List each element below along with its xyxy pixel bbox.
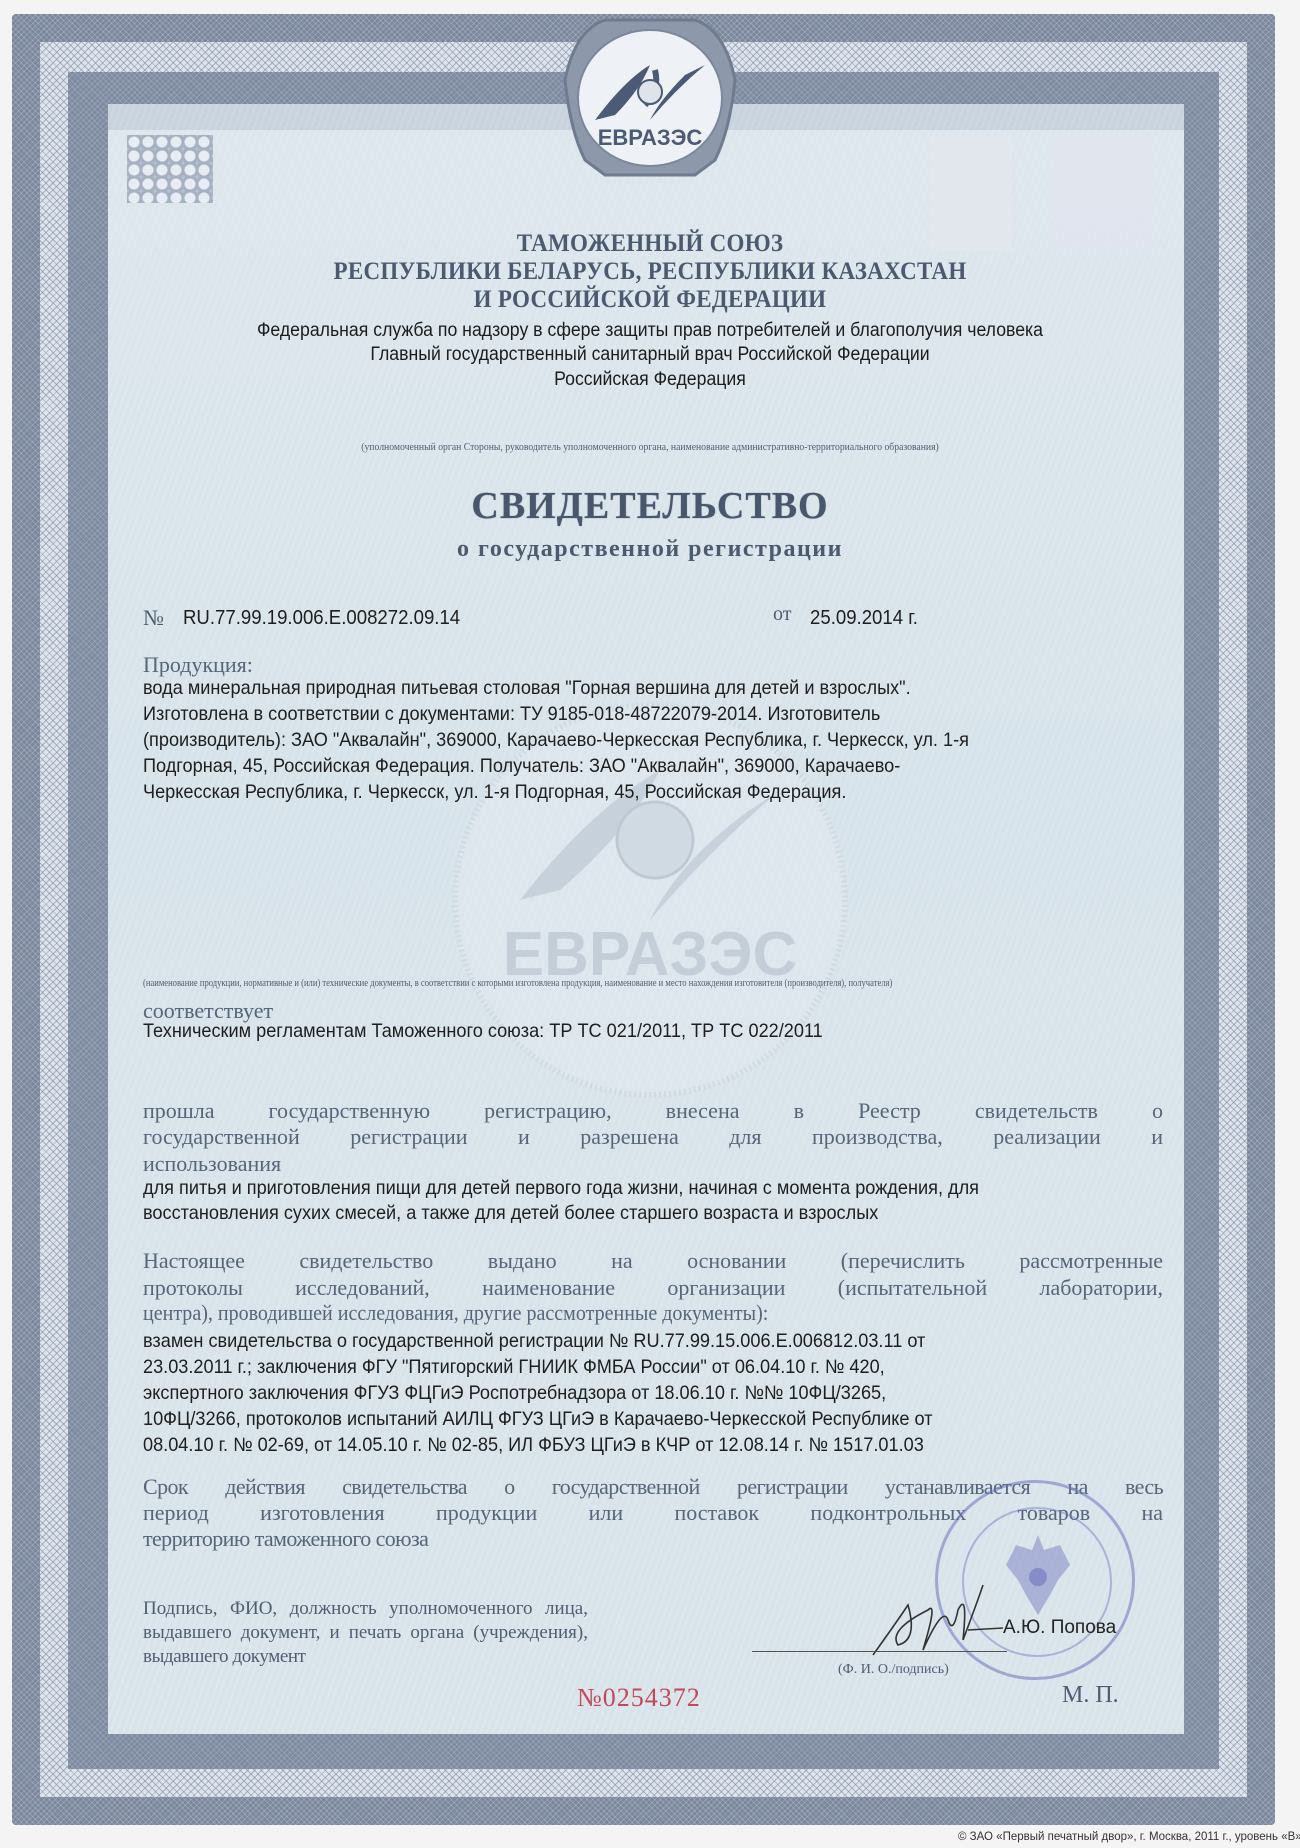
signature-caption-line: выдавшего документ [143, 1646, 306, 1668]
certificate-subtitle: о государственной регистрации [0, 536, 1300, 563]
basis-document-line: 08.04.10 г. № 02-69, от 14.05.10 г. № 02… [143, 1434, 924, 1457]
svg-text:ЕВРАЗЭС: ЕВРАЗЭС [598, 125, 703, 150]
basis-line: центра), проводившей исследования, други… [143, 1300, 768, 1326]
union-title-line-2: РЕСПУБЛИКИ БЕЛАРУСЬ, РЕСПУБЛИКИ КАЗАХСТА… [52, 258, 1248, 286]
signature-caption-line: Подпись, ФИО, должность уполномоченного … [143, 1598, 588, 1620]
signature-line [752, 1651, 1007, 1652]
product-label: Продукция: [143, 652, 253, 678]
statement-line: использования [143, 1151, 281, 1177]
authority-line-1: Федеральная служба по надзору в сфере за… [46, 320, 1255, 342]
basis-line: Настоящее свидетельство выдано на основа… [143, 1248, 1163, 1274]
registration-number: RU.77.99.19.006.E.008272.09.14 [183, 607, 460, 630]
eurasec-emblem: ЕВРАЗЭС [545, 10, 755, 180]
basis-document-line: экспертного заключения ФГУЗ ФЦГиЭ Роспот… [143, 1382, 886, 1405]
double-headed-eagle-icon [996, 1525, 1080, 1625]
certificate-title: СВИДЕТЕЛЬСТВО [0, 484, 1300, 528]
basis-document-line: 10ФЦ/3266, протоколов испытаний АИЛЦ ФГУ… [143, 1408, 933, 1431]
signature-caption-line: выдавшего документ, и печать органа (учр… [143, 1622, 588, 1644]
product-line: Подгорная, 45, Российская Федерация. Пол… [143, 755, 900, 778]
authority-line-3: Российская Федерация [46, 369, 1255, 391]
number-sign: № [143, 605, 164, 631]
printer-footer: © ЗАО «Первый печатный двор», г. Москва,… [958, 1831, 1300, 1843]
usage-line: для питья и приготовления пищи для детей… [143, 1177, 979, 1200]
product-line: Черкесская Республика, г. Черкесск, ул. … [143, 781, 846, 804]
validity-line: территорию таможенного союза [143, 1526, 428, 1552]
signatory-name: А.Ю. Попова [1003, 1617, 1116, 1639]
product-caption: (наименование продукции, нормативные и (… [143, 977, 892, 989]
registration-date: 25.09.2014 г. [810, 607, 918, 630]
product-line: вода минеральная природная питьевая стол… [143, 677, 911, 700]
usage-line: восстановления сухих смесей, а также для… [143, 1202, 878, 1225]
statement-line: прошла государственную регистрацию, внес… [143, 1098, 1163, 1124]
conformity-value: Техническим регламентам Таможенного союз… [143, 1020, 823, 1043]
authority-caption: (уполномоченный орган Стороны, руководит… [78, 441, 1222, 453]
hologram-sticker [127, 135, 213, 203]
form-serial-number: №0254372 [577, 1683, 701, 1713]
date-prefix: от [773, 603, 791, 626]
authority-line-2: Главный государственный санитарный врач … [46, 344, 1255, 366]
basis-line: протоколы исследований, наименование орг… [143, 1275, 1163, 1301]
union-title-line-3: И РОССИЙСКОЙ ФЕДЕРАЦИИ [52, 286, 1248, 314]
product-line: (производитель): ЗАО "Аквалайн", 369000,… [143, 729, 969, 752]
seal-place-mark: М. П. [1062, 1682, 1119, 1709]
statement-line: государственной регистрации и разрешена … [143, 1124, 1163, 1150]
name-signature-caption: (Ф. И. О./подпись) [838, 1662, 949, 1678]
basis-document-line: взамен свидетельства о государственной р… [143, 1330, 925, 1353]
product-line: Изготовлена в соответствии с документами… [143, 703, 880, 726]
handwritten-signature-icon [868, 1580, 1008, 1660]
eurasec-emblem-icon: ЕВРАЗЭС [545, 10, 755, 180]
basis-document-line: 23.03.2011 г.; заключения ФГУ "Пятигорск… [143, 1356, 885, 1379]
union-title-line-1: ТАМОЖЕННЫЙ СОЮЗ [52, 230, 1248, 258]
